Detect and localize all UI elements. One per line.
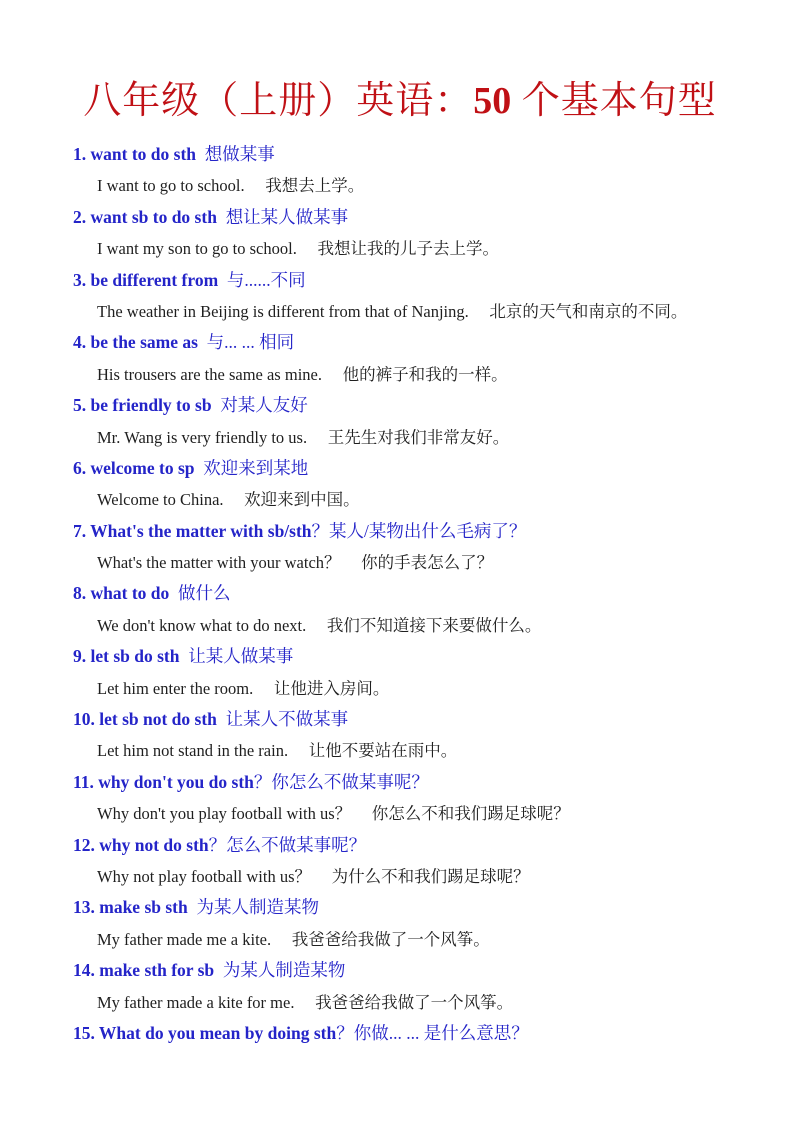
document-page: 八年级（上册）英语：50 个基本句型 1. want to do sth 想做某… — [0, 0, 800, 1131]
phrase-chinese: 对某人友好 — [212, 395, 308, 415]
phrase-heading: 2. want sb to do sth 想让某人做某事 — [0, 202, 800, 233]
phrase-chinese: 为某人制造某物 — [188, 897, 319, 917]
phrase-heading: 6. welcome to sp 欢迎来到某地 — [0, 453, 800, 484]
example-sentence: His trousers are the same as mine. 他的裤子和… — [0, 359, 800, 390]
phrase-heading: 12. why not do sth？怎么不做某事呢？ — [0, 830, 800, 861]
example-sentence: I want to go to school. 我想去上学。 — [0, 170, 800, 201]
phrase-english: 4. be the same as — [73, 332, 198, 352]
example-sentence: The weather in Beijing is different from… — [0, 296, 800, 327]
phrase-heading: 11. why don't you do sth？你怎么不做某事呢？ — [0, 767, 800, 798]
example-sentence: We don't know what to do next. 我们不知道接下来要… — [0, 610, 800, 641]
phrase-heading: 14. make sth for sb 为某人制造某物 — [0, 955, 800, 986]
phrase-heading: 5. be friendly to sb 对某人友好 — [0, 390, 800, 421]
phrase-chinese: 与... ... 相同 — [198, 332, 294, 352]
phrase-chinese: 与......不同 — [218, 270, 306, 290]
phrase-chinese: 做什么 — [169, 583, 230, 603]
phrase-heading: 1. want to do sth 想做某事 — [0, 139, 800, 170]
phrase-english: 11. why don't you do sth — [73, 772, 254, 792]
phrase-chinese: ？你怎么不做某事呢？ — [254, 772, 429, 792]
document-title: 八年级（上册）英语：50 个基本句型 — [0, 0, 800, 126]
phrase-chinese: ？怎么不做某事呢？ — [209, 835, 367, 855]
phrase-chinese: 让某人不做某事 — [217, 709, 348, 729]
phrase-english: 8. what to do — [73, 583, 169, 603]
phrase-english: 13. make sb sth — [73, 897, 188, 917]
phrase-heading: 10. let sb not do sth 让某人不做某事 — [0, 704, 800, 735]
phrase-chinese: 想让某人做某事 — [217, 207, 348, 227]
example-sentence: Welcome to China. 欢迎来到中国。 — [0, 484, 800, 515]
example-sentence: Let him enter the room. 让他进入房间。 — [0, 673, 800, 704]
example-sentence: Let him not stand in the rain. 让他不要站在雨中。 — [0, 735, 800, 766]
phrase-english: 5. be friendly to sb — [73, 395, 212, 415]
example-sentence: What's the matter with your watch？ 你的手表怎… — [0, 547, 800, 578]
phrase-chinese: ？你做... ... 是什么意思？ — [336, 1023, 529, 1043]
phrase-english: 2. want sb to do sth — [73, 207, 217, 227]
phrase-chinese: ？某人/某物出什么毛病了？ — [312, 521, 527, 541]
phrase-heading: 9. let sb do sth 让某人做某事 — [0, 641, 800, 672]
example-sentence: I want my son to go to school. 我想让我的儿子去上… — [0, 233, 800, 264]
phrase-english: 6. welcome to sp — [73, 458, 195, 478]
phrase-english: 12. why not do sth — [73, 835, 209, 855]
phrase-heading: 4. be the same as 与... ... 相同 — [0, 327, 800, 358]
phrase-chinese: 为某人制造某物 — [214, 960, 345, 980]
phrase-chinese: 欢迎来到某地 — [195, 458, 309, 478]
phrase-english: 10. let sb not do sth — [73, 709, 217, 729]
phrase-heading: 7. What's the matter with sb/sth？某人/某物出什… — [0, 516, 800, 547]
phrase-heading: 13. make sb sth 为某人制造某物 — [0, 892, 800, 923]
phrase-english: 14. make sth for sb — [73, 960, 214, 980]
example-sentence: Why don't you play football with us？ 你怎么… — [0, 798, 800, 829]
phrase-english: 1. want to do sth — [73, 144, 196, 164]
phrase-heading: 3. be different from 与......不同 — [0, 265, 800, 296]
title-suffix: 个基本句型 — [511, 80, 717, 122]
example-sentence: My father made me a kite. 我爸爸给我做了一个风筝。 — [0, 924, 800, 955]
example-sentence: Mr. Wang is very friendly to us. 王先生对我们非… — [0, 422, 800, 453]
phrase-heading: 8. what to do 做什么 — [0, 578, 800, 609]
phrase-english: 9. let sb do sth — [73, 646, 179, 666]
title-prefix: 八年级（上册）英语： — [83, 80, 473, 122]
example-sentence: Why not play football with us？ 为什么不和我们踢足… — [0, 861, 800, 892]
phrase-english: 15. What do you mean by doing sth — [73, 1023, 336, 1043]
phrase-list: 1. want to do sth 想做某事 I want to go to s… — [0, 139, 800, 1049]
phrase-english: 7. What's the matter with sb/sth — [73, 521, 312, 541]
example-sentence: My father made a kite for me. 我爸爸给我做了一个风… — [0, 987, 800, 1018]
phrase-heading: 15. What do you mean by doing sth？你做... … — [0, 1018, 800, 1049]
phrase-english: 3. be different from — [73, 270, 218, 290]
phrase-chinese: 想做某事 — [196, 144, 275, 164]
phrase-chinese: 让某人做某事 — [179, 646, 293, 666]
title-number: 50 — [473, 80, 511, 122]
